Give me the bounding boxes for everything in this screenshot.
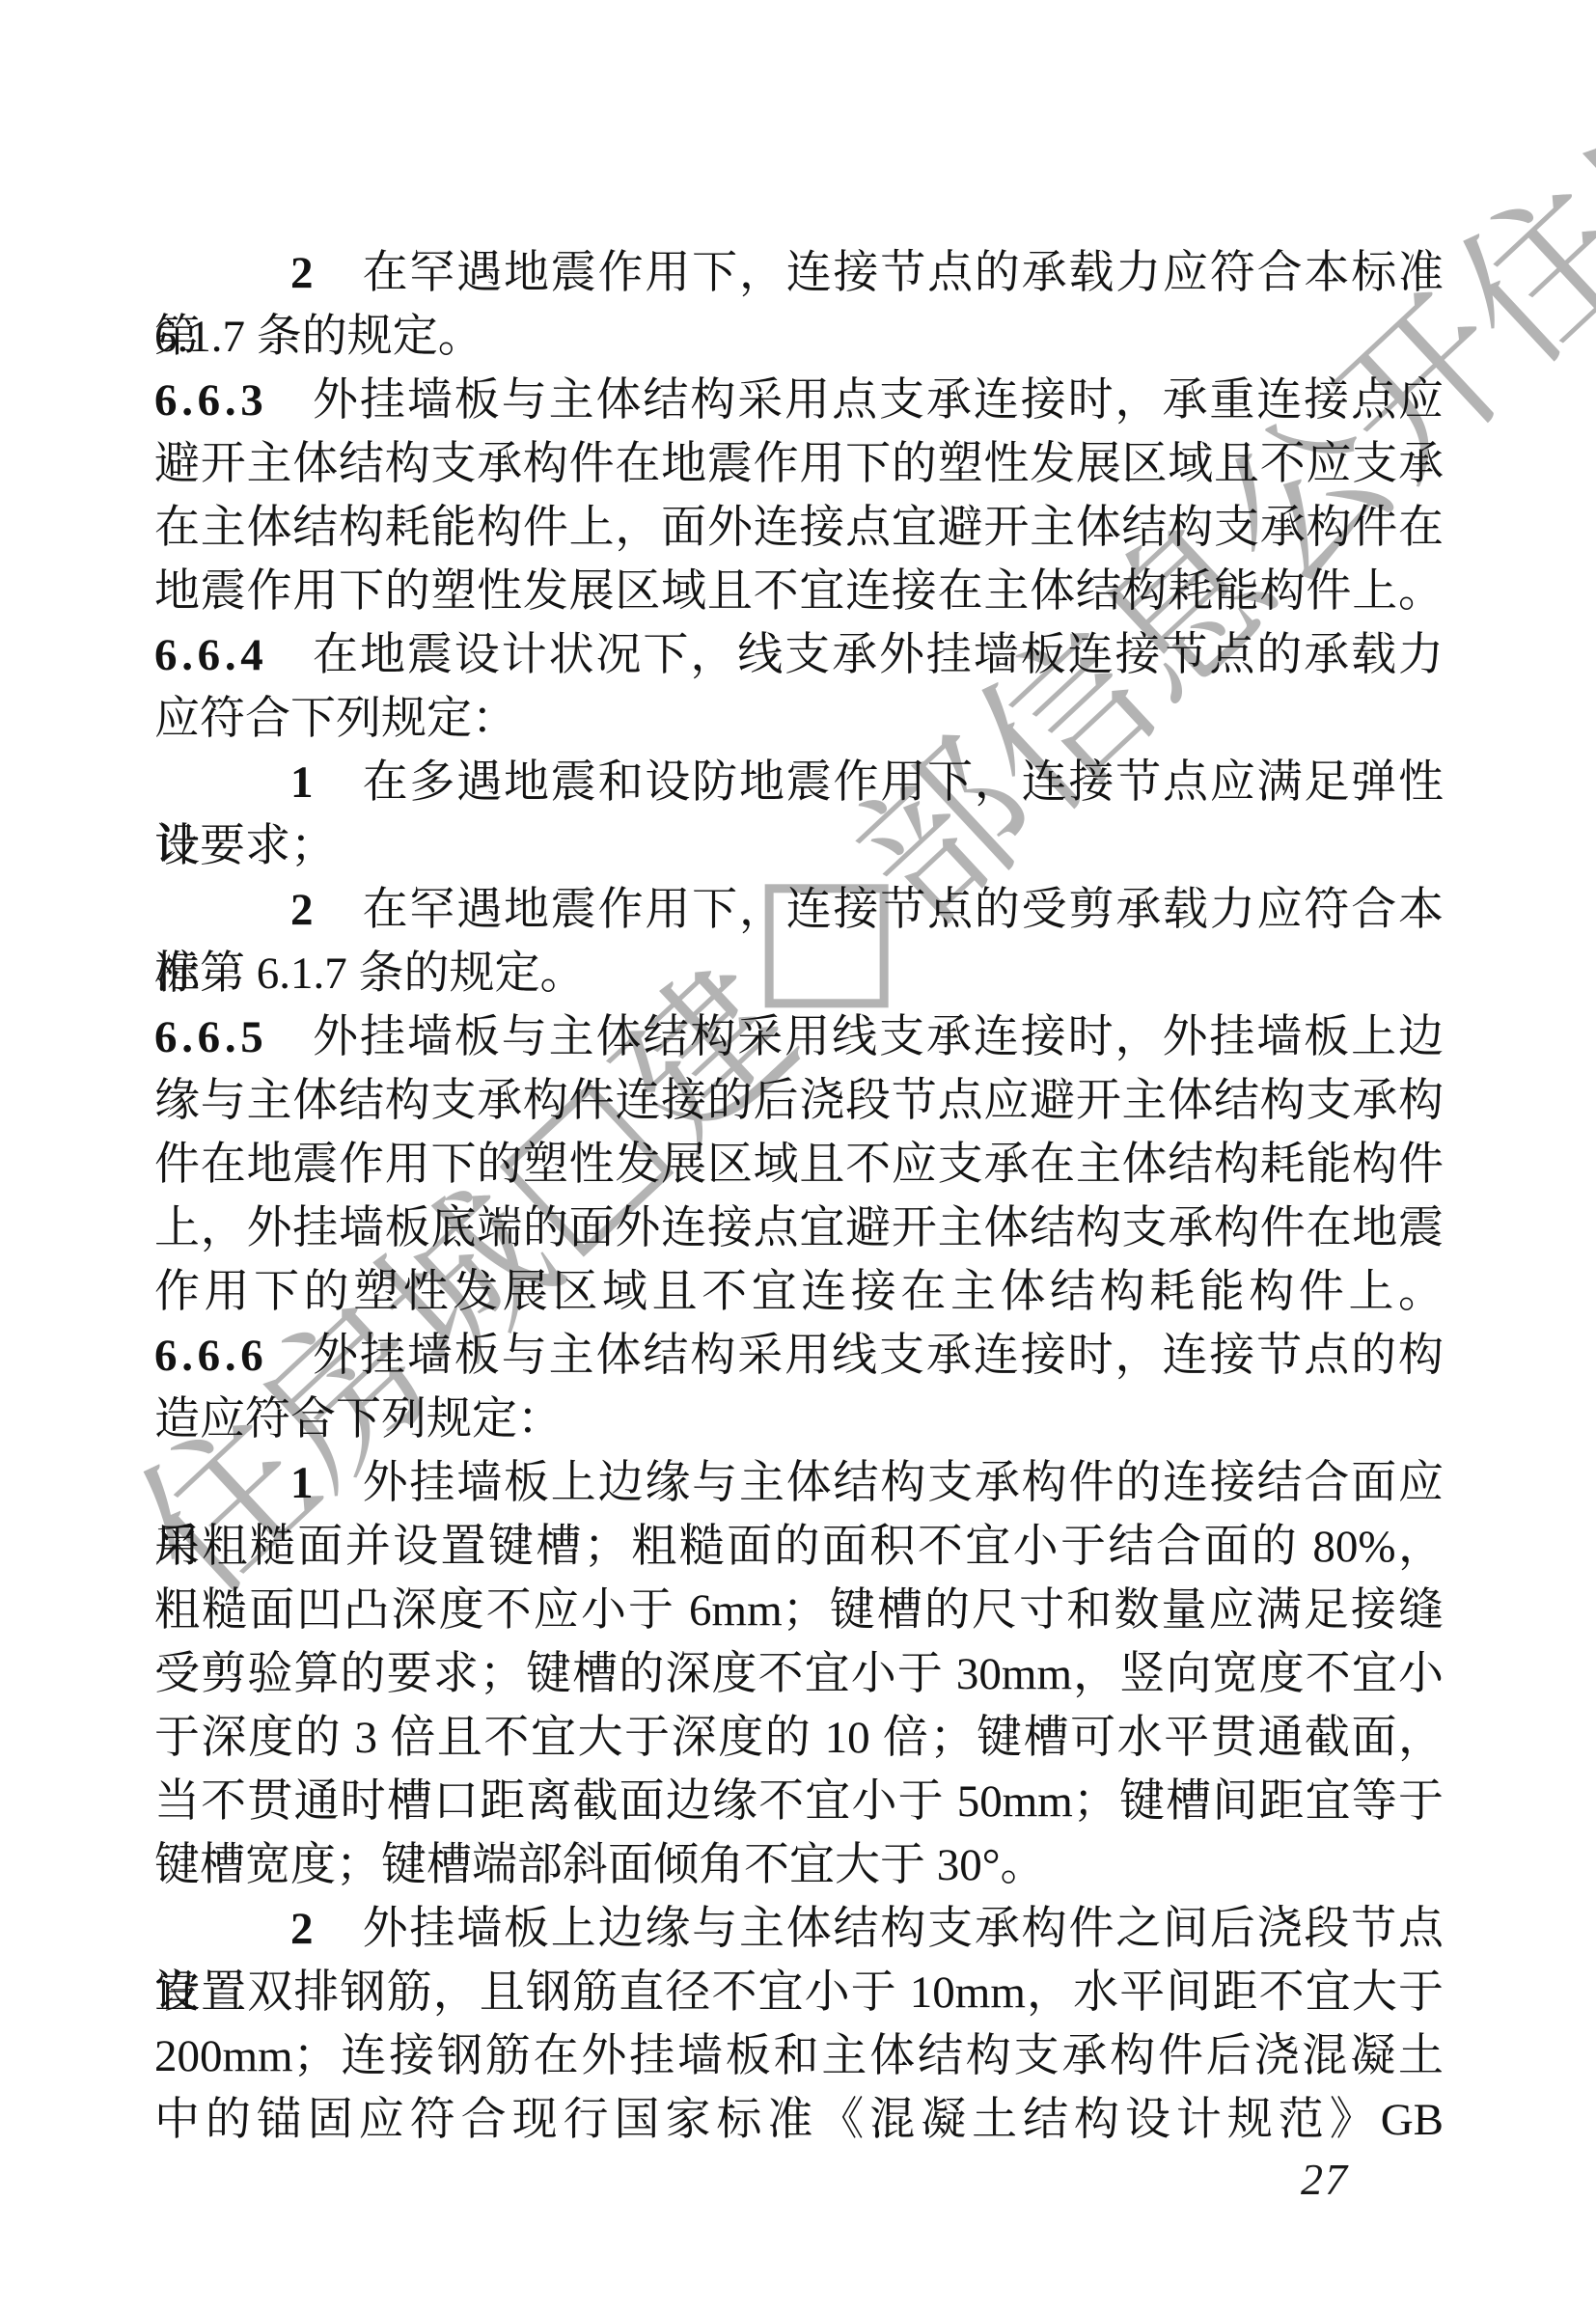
line-text: 在地震设计状况下，线支承外挂墙板连接节点的承载力 (311, 630, 1444, 680)
clause-number: 6.6.6 (154, 1331, 268, 1381)
text-line: 1在多遇地震和设防地震作用下，连接节点应满足弹性设 (154, 751, 1444, 814)
line-text: 作用下的塑性发展区域且不宜连接在主体结构耗能构件上。 (154, 1267, 1444, 1317)
text-line: 受剪验算的要求；键槽的深度不宜小于 30mm，竖向宽度不宜小 (154, 1642, 1444, 1706)
text-line: 2在罕遇地震作用下，连接节点的承载力应符合本标准第 (154, 241, 1444, 305)
line-text: 避开主体结构支承构件在地震作用下的塑性发展区域且不应支承 (154, 439, 1444, 489)
item-number: 2 (290, 1904, 317, 1954)
line-text: 地震作用下的塑性发展区域且不宜连接在主体结构耗能构件上。 (154, 566, 1444, 617)
text-line: 6.6.6外挂墙板与主体结构采用线支承连接时，连接节点的构 (154, 1324, 1444, 1388)
line-text: 键槽宽度；键槽端部斜面倾角不宜大于 30°。 (154, 1840, 1046, 1890)
line-text: 粗糙面凹凸深度不应小于 6mm；键槽的尺寸和数量应满足接缝 (154, 1585, 1444, 1636)
item-number: 1 (290, 757, 317, 808)
text-line: 计要求； (154, 814, 1444, 878)
text-line: 设置双排钢筋，且钢筋直径不宜小于 10mm，水平间距不宜大于 (154, 1961, 1444, 2024)
text-line: 6.1.7 条的规定。 (154, 305, 1444, 369)
text-line: 200mm；连接钢筋在外挂墙板和主体结构支承构件后浇混凝土 (154, 2024, 1444, 2088)
text-line: 地震作用下的塑性发展区域且不宜连接在主体结构耗能构件上。 (154, 560, 1444, 623)
item-number: 2 (290, 248, 317, 298)
clause-number: 6.6.5 (154, 1012, 268, 1062)
line-text: 外挂墙板与主体结构采用点支承连接时，承重连接点应 (311, 375, 1444, 426)
text-line: 上，外挂墙板底端的面外连接点宜避开主体结构支承构件在地震 (154, 1197, 1444, 1260)
text-line: 避开主体结构支承构件在地震作用下的塑性发展区域且不应支承 (154, 432, 1444, 496)
text-line: 6.6.4在地震设计状况下，线支承外挂墙板连接节点的承载力 (154, 623, 1444, 687)
line-text: 件在地震作用下的塑性发展区域且不应支承在主体结构耗能构件 (154, 1140, 1444, 1190)
line-text: 中的锚固应符合现行国家标准《混凝土结构设计规范》GB (154, 2095, 1444, 2145)
text-line: 于深度的 3 倍且不宜大于深度的 10 倍；键槽可水平贯通截面， (154, 1706, 1444, 1770)
line-text: 受剪验算的要求；键槽的深度不宜小于 30mm，竖向宽度不宜小 (154, 1649, 1444, 1699)
text-line: 缘与主体结构支承构件连接的后浇段节点应避开主体结构支承构 (154, 1069, 1444, 1133)
line-text: 设置双排钢筋，且钢筋直径不宜小于 10mm，水平间距不宜大于 (154, 1967, 1444, 2018)
document-page: 住房城乡建设部信息公开住房 2在罕遇地震作用下，连接节点的承载力应符合本标准第 … (0, 0, 1596, 2311)
line-text: 200mm；连接钢筋在外挂墙板和主体结构支承构件后浇混凝土 (154, 2031, 1444, 2081)
text-line: 粗糙面凹凸深度不应小于 6mm；键槽的尺寸和数量应满足接缝 (154, 1579, 1444, 1642)
page-number: 27 (1301, 2154, 1349, 2205)
text-line: 键槽宽度；键槽端部斜面倾角不宜大于 30°。 (154, 1833, 1444, 1897)
text-line: 作用下的塑性发展区域且不宜连接在主体结构耗能构件上。 (154, 1260, 1444, 1324)
item-number: 2 (290, 885, 317, 935)
line-text: 当不贯通时槽口距离截面边缘不宜小于 50mm；键槽间距宜等于 (154, 1776, 1444, 1827)
line-text: 上，外挂墙板底端的面外连接点宜避开主体结构支承构件在地震 (154, 1203, 1444, 1253)
clause-number: 6.6.3 (154, 375, 268, 426)
text-line: 中的锚固应符合现行国家标准《混凝土结构设计规范》GB (154, 2088, 1444, 2152)
item-number: 1 (290, 1458, 317, 1508)
line-text: 于深度的 3 倍且不宜大于深度的 10 倍；键槽可水平贯通截面， (154, 1713, 1444, 1763)
line-text: 准第 6.1.7 条的规定。 (154, 949, 586, 999)
line-text: 用粗糙面并设置键槽；粗糙面的面积不宜小于结合面的 80%， (154, 1522, 1444, 1572)
text-line: 造应符合下列规定： (154, 1388, 1444, 1451)
line-text: 应符合下列规定： (154, 694, 517, 744)
text-line: 件在地震作用下的塑性发展区域且不应支承在主体结构耗能构件 (154, 1133, 1444, 1197)
line-text: 造应符合下列规定： (154, 1394, 563, 1444)
text-line: 应符合下列规定： (154, 687, 1444, 751)
clause-number: 6.6.4 (154, 630, 268, 680)
line-text: 计要求； (154, 821, 336, 871)
text-line: 用粗糙面并设置键槽；粗糙面的面积不宜小于结合面的 80%， (154, 1515, 1444, 1579)
line-text: 6.1.7 条的规定。 (154, 312, 483, 362)
text-line: 6.6.3外挂墙板与主体结构采用点支承连接时，承重连接点应 (154, 369, 1444, 432)
text-line: 当不贯通时槽口距离截面边缘不宜小于 50mm；键槽间距宜等于 (154, 1770, 1444, 1833)
line-text: 在主体结构耗能构件上，面外连接点宜避开主体结构支承构件在 (154, 503, 1444, 553)
text-line: 2在罕遇地震作用下，连接节点的受剪承载力应符合本标 (154, 878, 1444, 942)
line-text: 外挂墙板与主体结构采用线支承连接时，外挂墙板上边 (311, 1012, 1444, 1062)
text-line: 2外挂墙板上边缘与主体结构支承构件之间后浇段节点宜 (154, 1897, 1444, 1961)
standard-text-block: 2在罕遇地震作用下，连接节点的承载力应符合本标准第 6.1.7 条的规定。 6.… (154, 241, 1444, 2152)
text-line: 6.6.5外挂墙板与主体结构采用线支承连接时，外挂墙板上边 (154, 1005, 1444, 1069)
text-line: 准第 6.1.7 条的规定。 (154, 942, 1444, 1005)
text-line: 1外挂墙板上边缘与主体结构支承构件的连接结合面应采 (154, 1451, 1444, 1515)
line-text: 缘与主体结构支承构件连接的后浇段节点应避开主体结构支承构 (154, 1076, 1444, 1126)
text-line: 在主体结构耗能构件上，面外连接点宜避开主体结构支承构件在 (154, 496, 1444, 560)
line-text: 外挂墙板与主体结构采用线支承连接时，连接节点的构 (311, 1331, 1444, 1381)
